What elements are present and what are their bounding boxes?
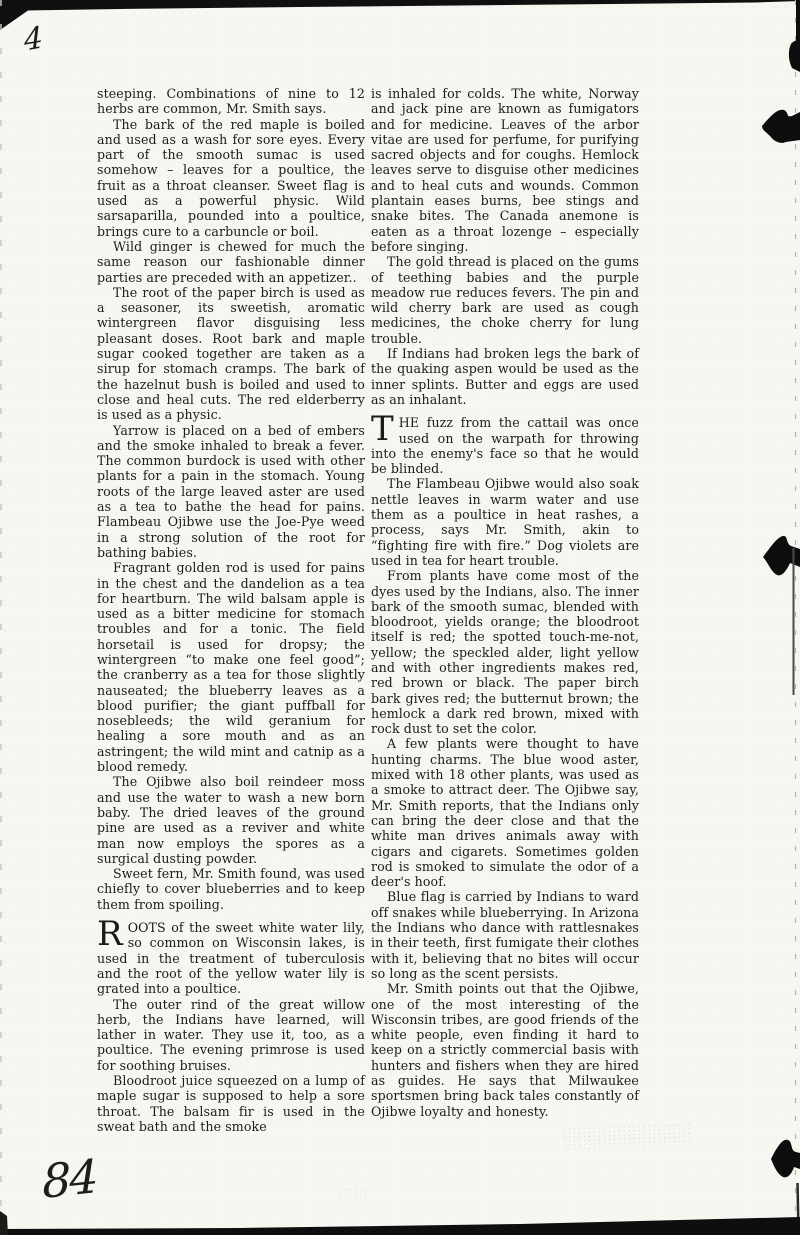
drop-cap-letter: R — [97, 920, 128, 948]
edge-tear-mark-3 — [771, 1140, 800, 1178]
article-paragraph: The bark of the red maple is boiled and … — [97, 117, 365, 239]
article-paragraph: steeping. Combinations of nine to 12 her… — [97, 86, 365, 117]
scan-smudge — [562, 1123, 693, 1150]
article-paragraph: The root of the paper birch is used as a… — [97, 285, 365, 423]
article-paragraph: If Indians had broken legs the bark of t… — [371, 346, 639, 407]
edge-tear-mark-top-blob — [789, 40, 800, 72]
article-paragraph: Mr. Smith points out that the Ojibwe, on… — [371, 981, 639, 1119]
article-paragraph: The outer rind of the great willow herb,… — [97, 997, 365, 1073]
handwritten-page-number-top: 4 — [23, 20, 44, 58]
handwritten-page-number-bottom: 84 — [41, 1149, 97, 1209]
right-bottom-edge-line — [798, 1183, 799, 1232]
article-paragraph: is inhaled for colds. The white, Norway … — [371, 86, 639, 254]
article-paragraph: The gold thread is placed on the gums of… — [371, 254, 639, 346]
scan-bottom-left-corner-mark — [0, 1211, 8, 1235]
article-paragraph: ROOTS of the sweet white water lily, so … — [97, 920, 365, 996]
article-column-right: is inhaled for colds. The white, Norway … — [371, 86, 639, 1119]
edge-tear-mark-2 — [763, 536, 800, 575]
scan-smudge — [338, 1188, 366, 1198]
edge-tear-mark-top-bar — [796, 0, 800, 70]
article-column-left: steeping. Combinations of nine to 12 her… — [97, 86, 365, 1134]
article-paragraph: Blue flag is carried by Indians to ward … — [371, 889, 639, 981]
article-paragraph: A few plants were thought to have huntin… — [371, 736, 639, 889]
scan-top-edge-shadow — [0, 0, 800, 11]
drop-cap-letter: T — [371, 415, 399, 443]
article-paragraph: The Flambeau Ojibwe would also soak nett… — [371, 476, 639, 568]
article-paragraph: Bloodroot juice squeezed on a lump of ma… — [97, 1073, 365, 1134]
article-paragraph: Sweet fern, Mr. Smith found, was used ch… — [97, 866, 365, 912]
article-paragraph: Wild ginger is chewed for much the same … — [97, 239, 365, 285]
article-paragraph: THE fuzz from the cattail was once used … — [371, 415, 639, 476]
edge-tear-mark-1 — [762, 110, 800, 143]
article-paragraph: From plants have come most of the dyes u… — [371, 568, 639, 736]
article-paragraph: Yarrow is placed on a bed of embers and … — [97, 423, 365, 561]
article-paragraph: Fragrant golden rod is used for pains in… — [97, 560, 365, 774]
article-paragraph: The Ojibwe also boil reindeer moss and u… — [97, 774, 365, 866]
scan-bottom-edge-shadow — [0, 1217, 800, 1235]
scanned-newspaper-page: 4 steeping. Combinations of nine to 12 h… — [0, 0, 800, 1235]
